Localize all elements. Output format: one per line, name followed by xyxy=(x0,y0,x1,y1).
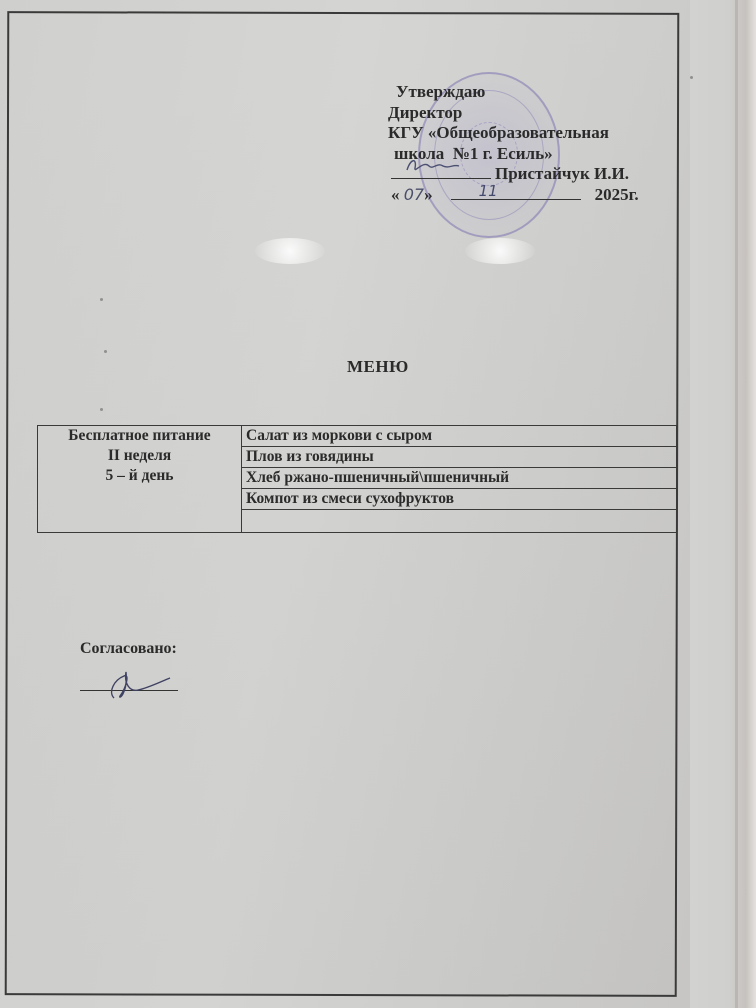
light-glare xyxy=(465,238,535,264)
menu-label-day: 5 – й день xyxy=(42,466,237,486)
paper-speck xyxy=(100,298,103,301)
approval-date-row: « 07»112025г. xyxy=(388,185,639,206)
signer-name: Пристайчук И.И. xyxy=(495,164,629,183)
approval-block: Утверждаю Директор КГУ «Общеобразователь… xyxy=(388,82,639,205)
page-title: МЕНЮ xyxy=(347,357,409,377)
date-year: 2025г. xyxy=(595,185,639,204)
menu-table: Бесплатное питание II неделя 5 – й день … xyxy=(37,425,677,533)
menu-label-free-meals: Бесплатное питание xyxy=(42,426,237,446)
approval-heading: Утверждаю xyxy=(388,82,639,103)
menu-item: Компот из смеси сухофруктов xyxy=(242,489,677,510)
agreement-label: Согласовано: xyxy=(80,640,177,658)
paper-speck xyxy=(104,350,107,353)
paper-speck xyxy=(690,76,693,79)
menu-label-week: II неделя xyxy=(42,446,237,466)
approval-organization: КГУ «Общеобразовательная xyxy=(388,123,639,144)
approval-signature-row: Пристайчук И.И. xyxy=(388,164,639,185)
agreement-signature-icon xyxy=(104,668,184,704)
menu-item: Плов из говядины xyxy=(242,447,677,468)
background-edge xyxy=(735,0,738,1008)
menu-item: Салат из моркови с сыром xyxy=(242,426,677,447)
approval-position: Директор xyxy=(388,103,639,124)
date-quote-open: « xyxy=(391,185,400,204)
signature-line xyxy=(391,164,491,179)
date-quote-close: » xyxy=(424,185,433,204)
background-surface xyxy=(690,0,756,1008)
director-signature-icon xyxy=(403,154,463,176)
date-month-line: 11 xyxy=(451,185,581,200)
light-glare xyxy=(255,238,325,264)
date-month: 11 xyxy=(479,181,498,202)
menu-item-empty xyxy=(242,510,677,533)
table-row: Бесплатное питание II неделя 5 – й день … xyxy=(38,426,677,447)
paper-speck xyxy=(100,408,103,411)
date-day: 07 xyxy=(404,185,424,204)
menu-item: Хлеб ржано-пшеничный\пшеничный xyxy=(242,468,677,489)
menu-label-cell: Бесплатное питание II неделя 5 – й день xyxy=(38,426,242,533)
